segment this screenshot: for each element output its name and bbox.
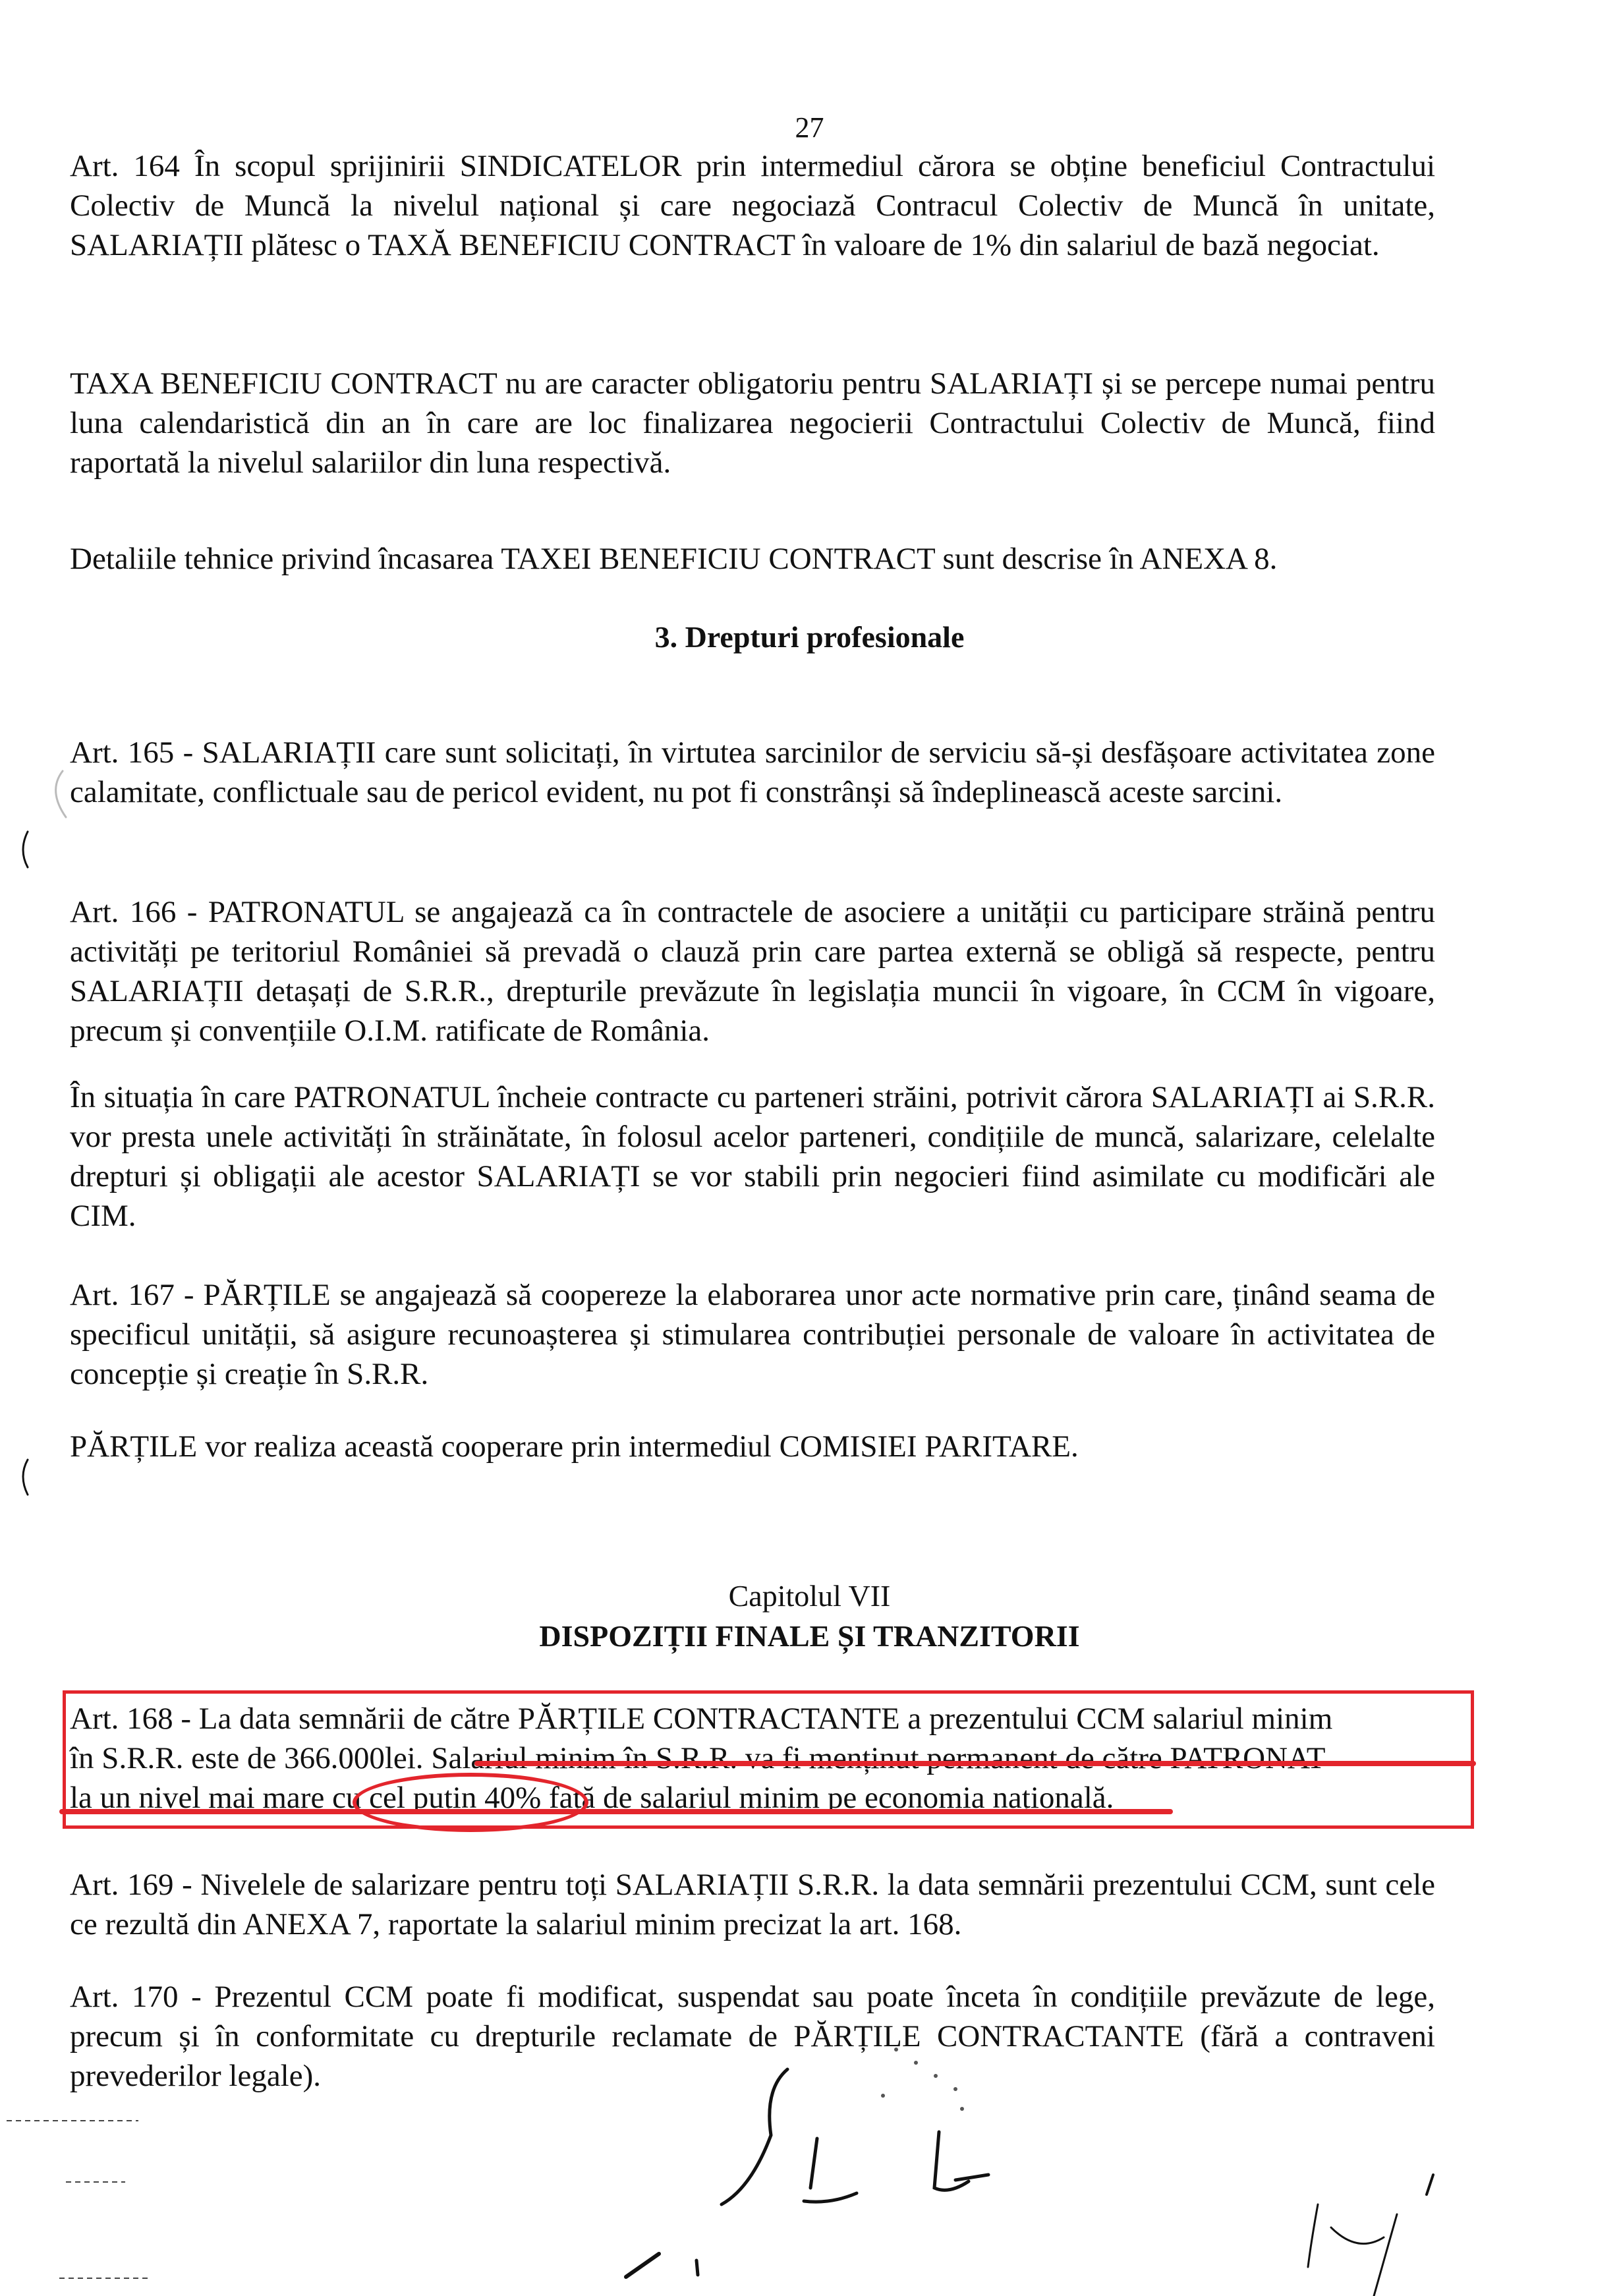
- document-page: 27 Art. 164 În scopul sprijinirii SINDIC…: [0, 0, 1619, 2296]
- signatures: [0, 0, 1619, 2296]
